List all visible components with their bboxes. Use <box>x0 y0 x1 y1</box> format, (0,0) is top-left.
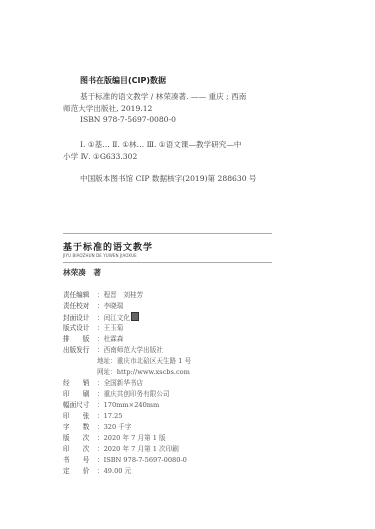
colophon-row-distributor: 经 销：全国新华书店 <box>63 378 143 389</box>
cip-record-line-1: 基于标准的语文教学 / 林荣凑著. —— 重庆 ; 西南 <box>80 91 246 102</box>
colophon-label: 印 刷 <box>63 389 97 400</box>
cip-verification-number: 中国版本图书馆 CIP 数据核字(2019)第 288630 号 <box>80 173 257 184</box>
cip-subject-line-2: 小学 Ⅳ. ①G633.302 <box>63 151 137 162</box>
cover-design-logo-icon <box>131 312 139 321</box>
colophon-label: 经 销 <box>63 378 97 389</box>
colophon-row-printing: 印 次：2020 年 7 月第 1 次印刷 <box>63 444 179 455</box>
cip-subject-line-1: Ⅰ. ①基… Ⅱ. ①林… Ⅲ. ①语文课—教学研究—中 <box>80 139 242 150</box>
colophon-row-proofreader: 责任校对：李晓瑞 <box>63 301 123 312</box>
colophon-value: 2020 年 7 月第 1 版 <box>104 434 166 442</box>
colophon-label: 版 次 <box>63 433 97 444</box>
colophon-label: 责任校对 <box>63 301 97 312</box>
colophon-row-publisher: 出版发行：西南师范大学出版社 <box>63 345 163 356</box>
colophon-row-price: 定 价：49.00 元 <box>63 466 131 477</box>
colophon-value: 2020 年 7 月第 1 次印刷 <box>104 445 179 453</box>
colophon-label: 书 号 <box>63 455 97 466</box>
colophon-label: 字 数 <box>63 422 97 433</box>
colophon-value: 程晋 刘桂芳 <box>104 291 144 299</box>
divider-top <box>63 233 272 234</box>
publisher-address: 地址：重庆市北碚区天生路 1 号 <box>97 356 191 367</box>
colophon-label: 印 张 <box>63 411 97 422</box>
book-title-pinyin: JIYU BIAOZHUN DE YUWEN JIAOXUE <box>63 253 137 258</box>
colophon-label: 定 价 <box>63 466 97 477</box>
colophon-row-format-size: 幅面尺寸：170mm×240mm <box>63 400 159 411</box>
colophon-value: 闰江文化 <box>104 314 130 322</box>
colophon-row-layout-design: 版式设计：王玉菊 <box>63 323 123 334</box>
colophon-value: ISBN 978-7-5697-0080-0 <box>104 456 187 464</box>
colophon-row-word-count: 字 数：320 千字 <box>63 422 131 433</box>
colophon-row-typesetting: 排 版：杜霖森 <box>63 334 123 345</box>
colophon-row-cover-design: 封面设计：闰江文化 <box>63 312 139 323</box>
colophon-label: 幅面尺寸 <box>63 400 97 411</box>
colophon-value: 西南师范大学出版社 <box>104 346 163 354</box>
colophon-label: 排 版 <box>63 334 97 345</box>
publisher-website: 网址：http://www.xscbs.com <box>97 367 190 378</box>
colophon-row-printer: 印 刷：重庆共创印务有限公司 <box>63 389 170 400</box>
colophon-label: 印 次 <box>63 444 97 455</box>
divider-bottom <box>63 262 272 263</box>
book-title: 基于标准的语文教学 <box>63 240 153 253</box>
colophon-value: 王玉菊 <box>104 324 124 332</box>
colophon-row-edition: 版 次：2020 年 7 月第 1 版 <box>63 433 166 444</box>
colophon-label: 责任编辑 <box>63 290 97 301</box>
colophon-label: 出版发行 <box>63 345 97 356</box>
cip-heading: 图书在版编目(CIP)数据 <box>80 75 166 86</box>
colophon-value: 全国新华书店 <box>104 379 144 387</box>
colophon-value: 320 千字 <box>104 423 132 431</box>
colophon-row-printed-sheets: 印 张：17.25 <box>63 411 122 422</box>
colophon-value: 49.00 元 <box>104 467 132 475</box>
colophon-value: 170mm×240mm <box>104 401 160 409</box>
cip-isbn-line: ISBN 978-7-5697-0080-0 <box>80 115 176 124</box>
colophon-value: 17.25 <box>104 412 123 420</box>
colophon-row-book-number: 书 号：ISBN 978-7-5697-0080-0 <box>63 455 187 466</box>
colophon-value: 杜霖森 <box>104 335 124 343</box>
colophon-label: 版式设计 <box>63 323 97 334</box>
colophon-value: 重庆共创印务有限公司 <box>104 390 170 398</box>
book-author: 林荣凑 著 <box>63 267 101 278</box>
cip-record-line-2: 师范大学出版社, 2019.12 <box>63 103 152 114</box>
colophon-value: 李晓瑞 <box>104 302 124 310</box>
colophon-row-editor: 责任编辑：程晋 刘桂芳 <box>63 290 143 301</box>
